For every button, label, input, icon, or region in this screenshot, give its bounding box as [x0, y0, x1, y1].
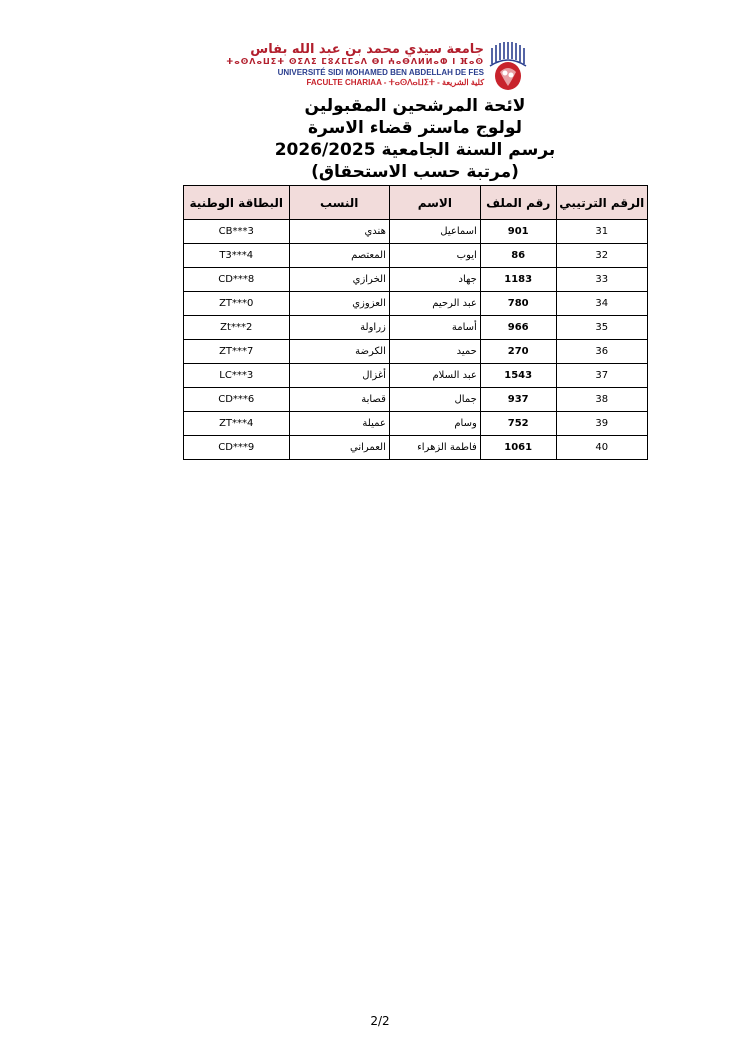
cell-rank: 39	[556, 412, 647, 436]
column-header-file-number: رقم الملف	[480, 186, 556, 220]
cell-last-name: أغزال	[289, 364, 389, 388]
table-row: 32 86 ايوب المعتصم T3***4	[184, 244, 648, 268]
title-ranking-note: (مرتبة حسب الاستحقاق)	[180, 161, 650, 183]
column-header-last-name: النسب	[289, 186, 389, 220]
table-row: 36 270 حميد الكرضة ZT***7	[184, 340, 648, 364]
cell-rank: 38	[556, 388, 647, 412]
cell-last-name: العمراني	[289, 436, 389, 460]
cell-last-name: زراولة	[289, 316, 389, 340]
cell-file-number: 937	[480, 388, 556, 412]
cell-national-id: ZT***7	[184, 340, 290, 364]
cell-file-number: 901	[480, 220, 556, 244]
cell-file-number: 1183	[480, 268, 556, 292]
title-academic-year: برسم السنة الجامعية 2026/2025	[180, 139, 650, 161]
university-name-arabic: جامعة سيدي محمد بن عبد الله بفاس	[250, 42, 484, 57]
cell-file-number: 752	[480, 412, 556, 436]
table-row: 34 780 عبد الرحيم العزوزي ZT***0	[184, 292, 648, 316]
cell-file-number: 1061	[480, 436, 556, 460]
cell-file-number: 780	[480, 292, 556, 316]
cell-national-id: CD***8	[184, 268, 290, 292]
university-crest-icon	[488, 42, 528, 92]
document-title-block: لائحة المرشحين المقبولين لولوج ماستر قضا…	[180, 95, 650, 183]
table-header-row: الرقم الترتيبي رقم الملف الاسم النسب الب…	[184, 186, 648, 220]
cell-last-name: الكرضة	[289, 340, 389, 364]
cell-national-id: T3***4	[184, 244, 290, 268]
cell-national-id: LC***3	[184, 364, 290, 388]
cell-first-name: وسام	[389, 412, 480, 436]
cell-file-number: 966	[480, 316, 556, 340]
cell-national-id: ZT***0	[184, 292, 290, 316]
title-admitted-list: لائحة المرشحين المقبولين	[180, 95, 650, 117]
cell-last-name: العزوزي	[289, 292, 389, 316]
cell-first-name: فاطمة الزهراء	[389, 436, 480, 460]
cell-first-name: حميد	[389, 340, 480, 364]
cell-last-name: المعتصم	[289, 244, 389, 268]
cell-rank: 31	[556, 220, 647, 244]
cell-rank: 34	[556, 292, 647, 316]
cell-last-name: هندي	[289, 220, 389, 244]
table-row: 33 1183 جهاد الخرازي CD***8	[184, 268, 648, 292]
cell-national-id: ZT***4	[184, 412, 290, 436]
cell-file-number: 270	[480, 340, 556, 364]
cell-rank: 36	[556, 340, 647, 364]
table-row: 38 937 جمال قصابة CD***6	[184, 388, 648, 412]
cell-first-name: عبد السلام	[389, 364, 480, 388]
column-header-national-id: البطاقة الوطنية	[184, 186, 290, 220]
cell-first-name: جمال	[389, 388, 480, 412]
faculty-name: FACULTE CHARIAA - ⵜⴰⵙⴷⴰⵡⵉⵜ - كلية الشريع…	[306, 78, 484, 87]
page-number: 2/2	[360, 1014, 400, 1028]
cell-first-name: اسماعيل	[389, 220, 480, 244]
table-row: 37 1543 عبد السلام أغزال LC***3	[184, 364, 648, 388]
cell-file-number: 86	[480, 244, 556, 268]
column-header-first-name: الاسم	[389, 186, 480, 220]
cell-last-name: قصابة	[289, 388, 389, 412]
cell-last-name: الخرازي	[289, 268, 389, 292]
university-name-french: UNIVERSITÉ SIDI MOHAMED BEN ABDELLAH DE …	[278, 68, 484, 77]
university-header: جامعة سيدي محمد بن عبد الله بفاس ⵜⴰⵙⴷⴰⵡⵉ…	[290, 42, 530, 94]
cell-last-name: عميلة	[289, 412, 389, 436]
cell-national-id: CD***9	[184, 436, 290, 460]
document-page: جامعة سيدي محمد بن عبد الله بفاس ⵜⴰⵙⴷⴰⵡⵉ…	[0, 0, 750, 1061]
cell-rank: 40	[556, 436, 647, 460]
column-header-rank: الرقم الترتيبي	[556, 186, 647, 220]
cell-file-number: 1543	[480, 364, 556, 388]
table-row: 40 1061 فاطمة الزهراء العمراني CD***9	[184, 436, 648, 460]
admitted-candidates-table: الرقم الترتيبي رقم الملف الاسم النسب الب…	[183, 185, 648, 460]
cell-first-name: جهاد	[389, 268, 480, 292]
cell-national-id: CD***6	[184, 388, 290, 412]
university-name-tifinagh: ⵜⴰⵙⴷⴰⵡⵉⵜ ⵙⵉⴷⵉ ⵎⵓⵃⵎⵎⴰⴷ ⴱⵏ ⵄⴰⴱⴷⵍⵍⴰⵀ ⵏ ⴼⴰⵙ	[226, 57, 484, 66]
cell-first-name: أسامة	[389, 316, 480, 340]
cell-rank: 37	[556, 364, 647, 388]
cell-rank: 35	[556, 316, 647, 340]
table-row: 31 901 اسماعيل هندي CB***3	[184, 220, 648, 244]
cell-first-name: ايوب	[389, 244, 480, 268]
cell-first-name: عبد الرحيم	[389, 292, 480, 316]
table-row: 35 966 أسامة زراولة Zt***2	[184, 316, 648, 340]
cell-rank: 33	[556, 268, 647, 292]
cell-national-id: CB***3	[184, 220, 290, 244]
cell-national-id: Zt***2	[184, 316, 290, 340]
table-row: 39 752 وسام عميلة ZT***4	[184, 412, 648, 436]
title-master-program: لولوج ماستر قضاء الاسرة	[180, 117, 650, 139]
cell-rank: 32	[556, 244, 647, 268]
